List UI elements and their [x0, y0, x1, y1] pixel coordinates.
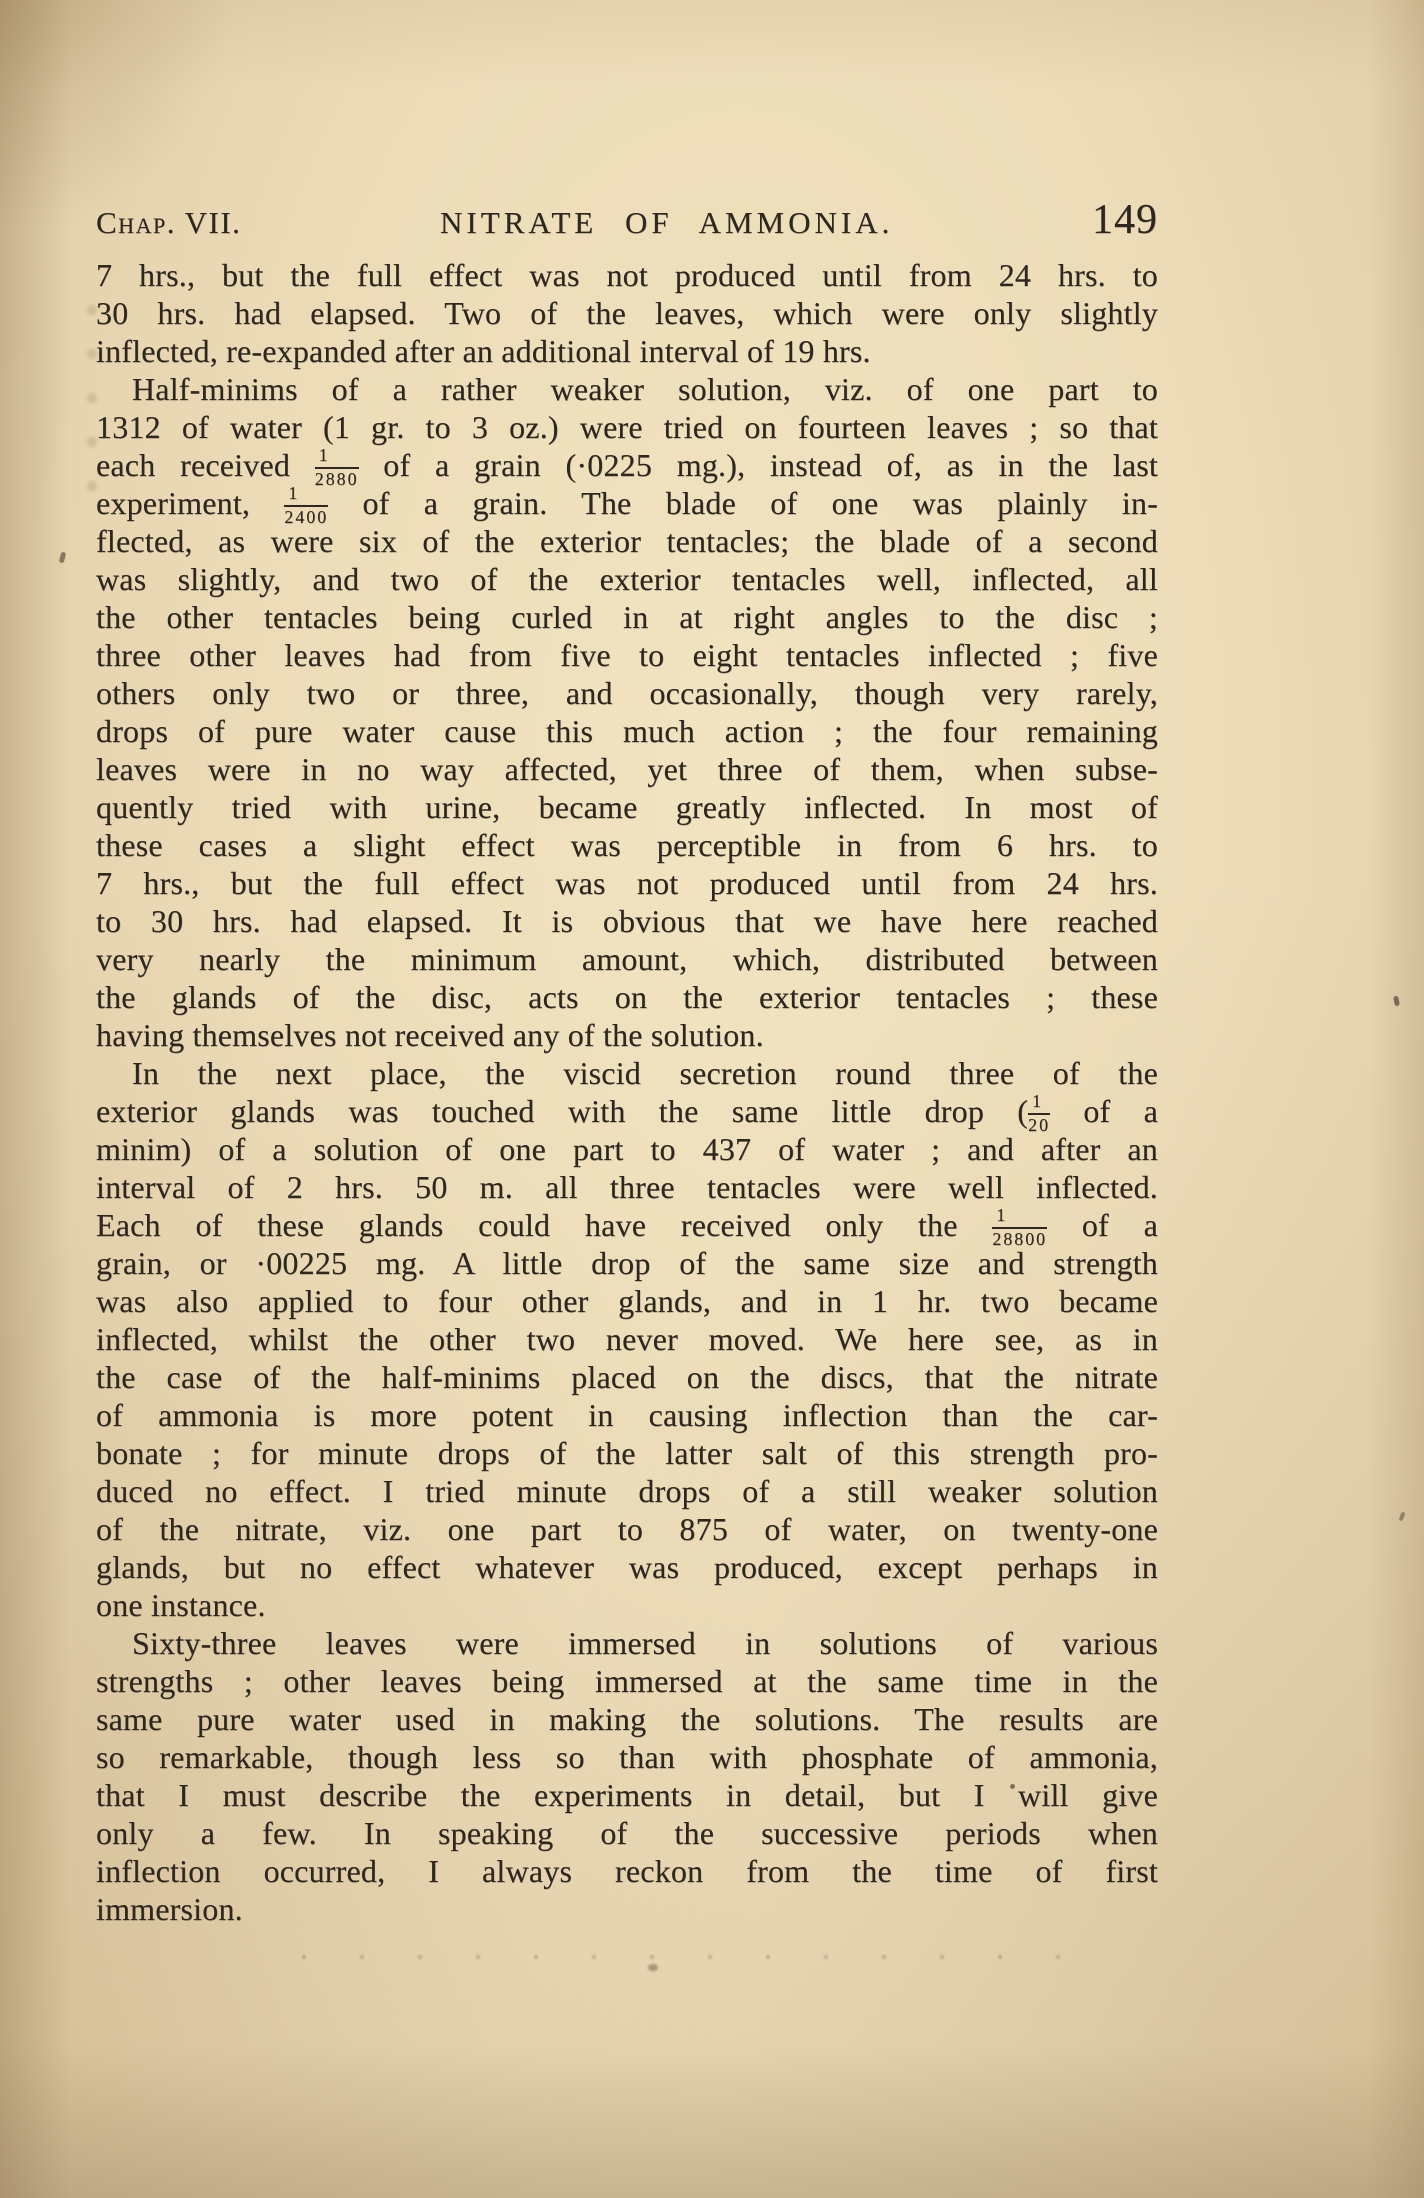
page-number: 149	[1092, 196, 1158, 244]
text-line: In the next place, the viscid secretion …	[96, 1054, 1158, 1092]
text-line: inflected, whilst the other two never mo…	[96, 1320, 1158, 1358]
text-line: was slightly, and two of the exterior te…	[96, 560, 1158, 598]
text-line: leaves were in no way affected, yet thre…	[96, 750, 1158, 788]
text-line: to 30 hrs. had elapsed. It is obvious th…	[96, 902, 1158, 940]
text-line: grain, or ·00225 mg. A little drop of th…	[96, 1244, 1158, 1282]
text-line: bonate ; for minute drops of the latter …	[96, 1434, 1158, 1472]
text-line: duced no effect. I tried minute drops of…	[96, 1472, 1158, 1510]
inline-fraction: 128800	[992, 1207, 1047, 1249]
text-line: the case of the half-minims placed on th…	[96, 1358, 1158, 1396]
text-line: exterior glands was touched with the sam…	[96, 1092, 1158, 1130]
text-line: Half-minims of a rather weaker solution,…	[96, 370, 1158, 408]
ink-speck	[648, 1964, 658, 1971]
inline-fraction: 12880	[315, 447, 359, 489]
inline-fraction: 12400	[284, 485, 328, 527]
text-line: drops of pure water cause this much acti…	[96, 712, 1158, 750]
show-through-smudge	[300, 1950, 1080, 1964]
ink-speck	[1393, 996, 1400, 1007]
text-line: of ammonia is more potent in causing inf…	[96, 1396, 1158, 1434]
text-line: 30 hrs. had elapsed. Two of the leaves, …	[96, 294, 1158, 332]
text-line: experiment, 12400 of a grain. The blade …	[96, 484, 1158, 522]
running-title: NITRATE OF AMMONIA.	[440, 205, 893, 241]
text-line: interval of 2 hrs. 50 m. all three tenta…	[96, 1168, 1158, 1206]
text-line: 1312 of water (1 gr. to 3 oz.) were trie…	[96, 408, 1158, 446]
ink-speck	[59, 552, 67, 564]
inline-fraction: 120	[1028, 1093, 1050, 1135]
text-line: inflected, re-expanded after an addition…	[96, 332, 1158, 370]
chapter-label: Chap. VII.	[96, 205, 241, 241]
text-line: others only two or three, and occasional…	[96, 674, 1158, 712]
text-line: minim) of a solution of one part to 437 …	[96, 1130, 1158, 1168]
text-line: that I must describe the experiments in …	[96, 1776, 1158, 1814]
text-line: flected, as were six of the exterior ten…	[96, 522, 1158, 560]
text-line: of the nitrate, viz. one part to 875 of …	[96, 1510, 1158, 1548]
text-line: these cases a slight effect was percepti…	[96, 826, 1158, 864]
text-line: inflection occurred, I always reckon fro…	[96, 1852, 1158, 1890]
text-line: the glands of the disc, acts on the exte…	[96, 978, 1158, 1016]
ink-speck	[1399, 1512, 1406, 1522]
text-line: Sixty-three leaves were immersed in solu…	[96, 1624, 1158, 1662]
text-line: same pure water used in making the solut…	[96, 1700, 1158, 1738]
text-line: strengths ; other leaves being immersed …	[96, 1662, 1158, 1700]
book-page: Chap. VII. NITRATE OF AMMONIA. 149 7 hrs…	[0, 0, 1424, 2198]
text-line: so remarkable, though less so than with …	[96, 1738, 1158, 1776]
text-line: glands, but no effect whatever was produ…	[96, 1548, 1158, 1586]
text-line: 7 hrs., but the full effect was not prod…	[96, 256, 1158, 294]
text-line: very nearly the minimum amount, which, d…	[96, 940, 1158, 978]
text-line: immersion.	[96, 1890, 1158, 1928]
text-line: 7 hrs., but the full effect was not prod…	[96, 864, 1158, 902]
text-line: three other leaves had from five to eigh…	[96, 636, 1158, 674]
text-line: one instance.	[96, 1586, 1158, 1624]
text-line: each received 12880 of a grain (·0225 mg…	[96, 446, 1158, 484]
text-line: only a few. In speaking of the successiv…	[96, 1814, 1158, 1852]
page-text: 7 hrs., but the full effect was not prod…	[96, 256, 1158, 1928]
text-line: the other tentacles being curled in at r…	[96, 598, 1158, 636]
text-line: Each of these glands could have received…	[96, 1206, 1158, 1244]
page-header: Chap. VII. NITRATE OF AMMONIA. 149	[96, 196, 1158, 244]
text-line: quently tried with urine, became greatly…	[96, 788, 1158, 826]
text-line: having themselves not received any of th…	[96, 1016, 1158, 1054]
text-line: was also applied to four other glands, a…	[96, 1282, 1158, 1320]
